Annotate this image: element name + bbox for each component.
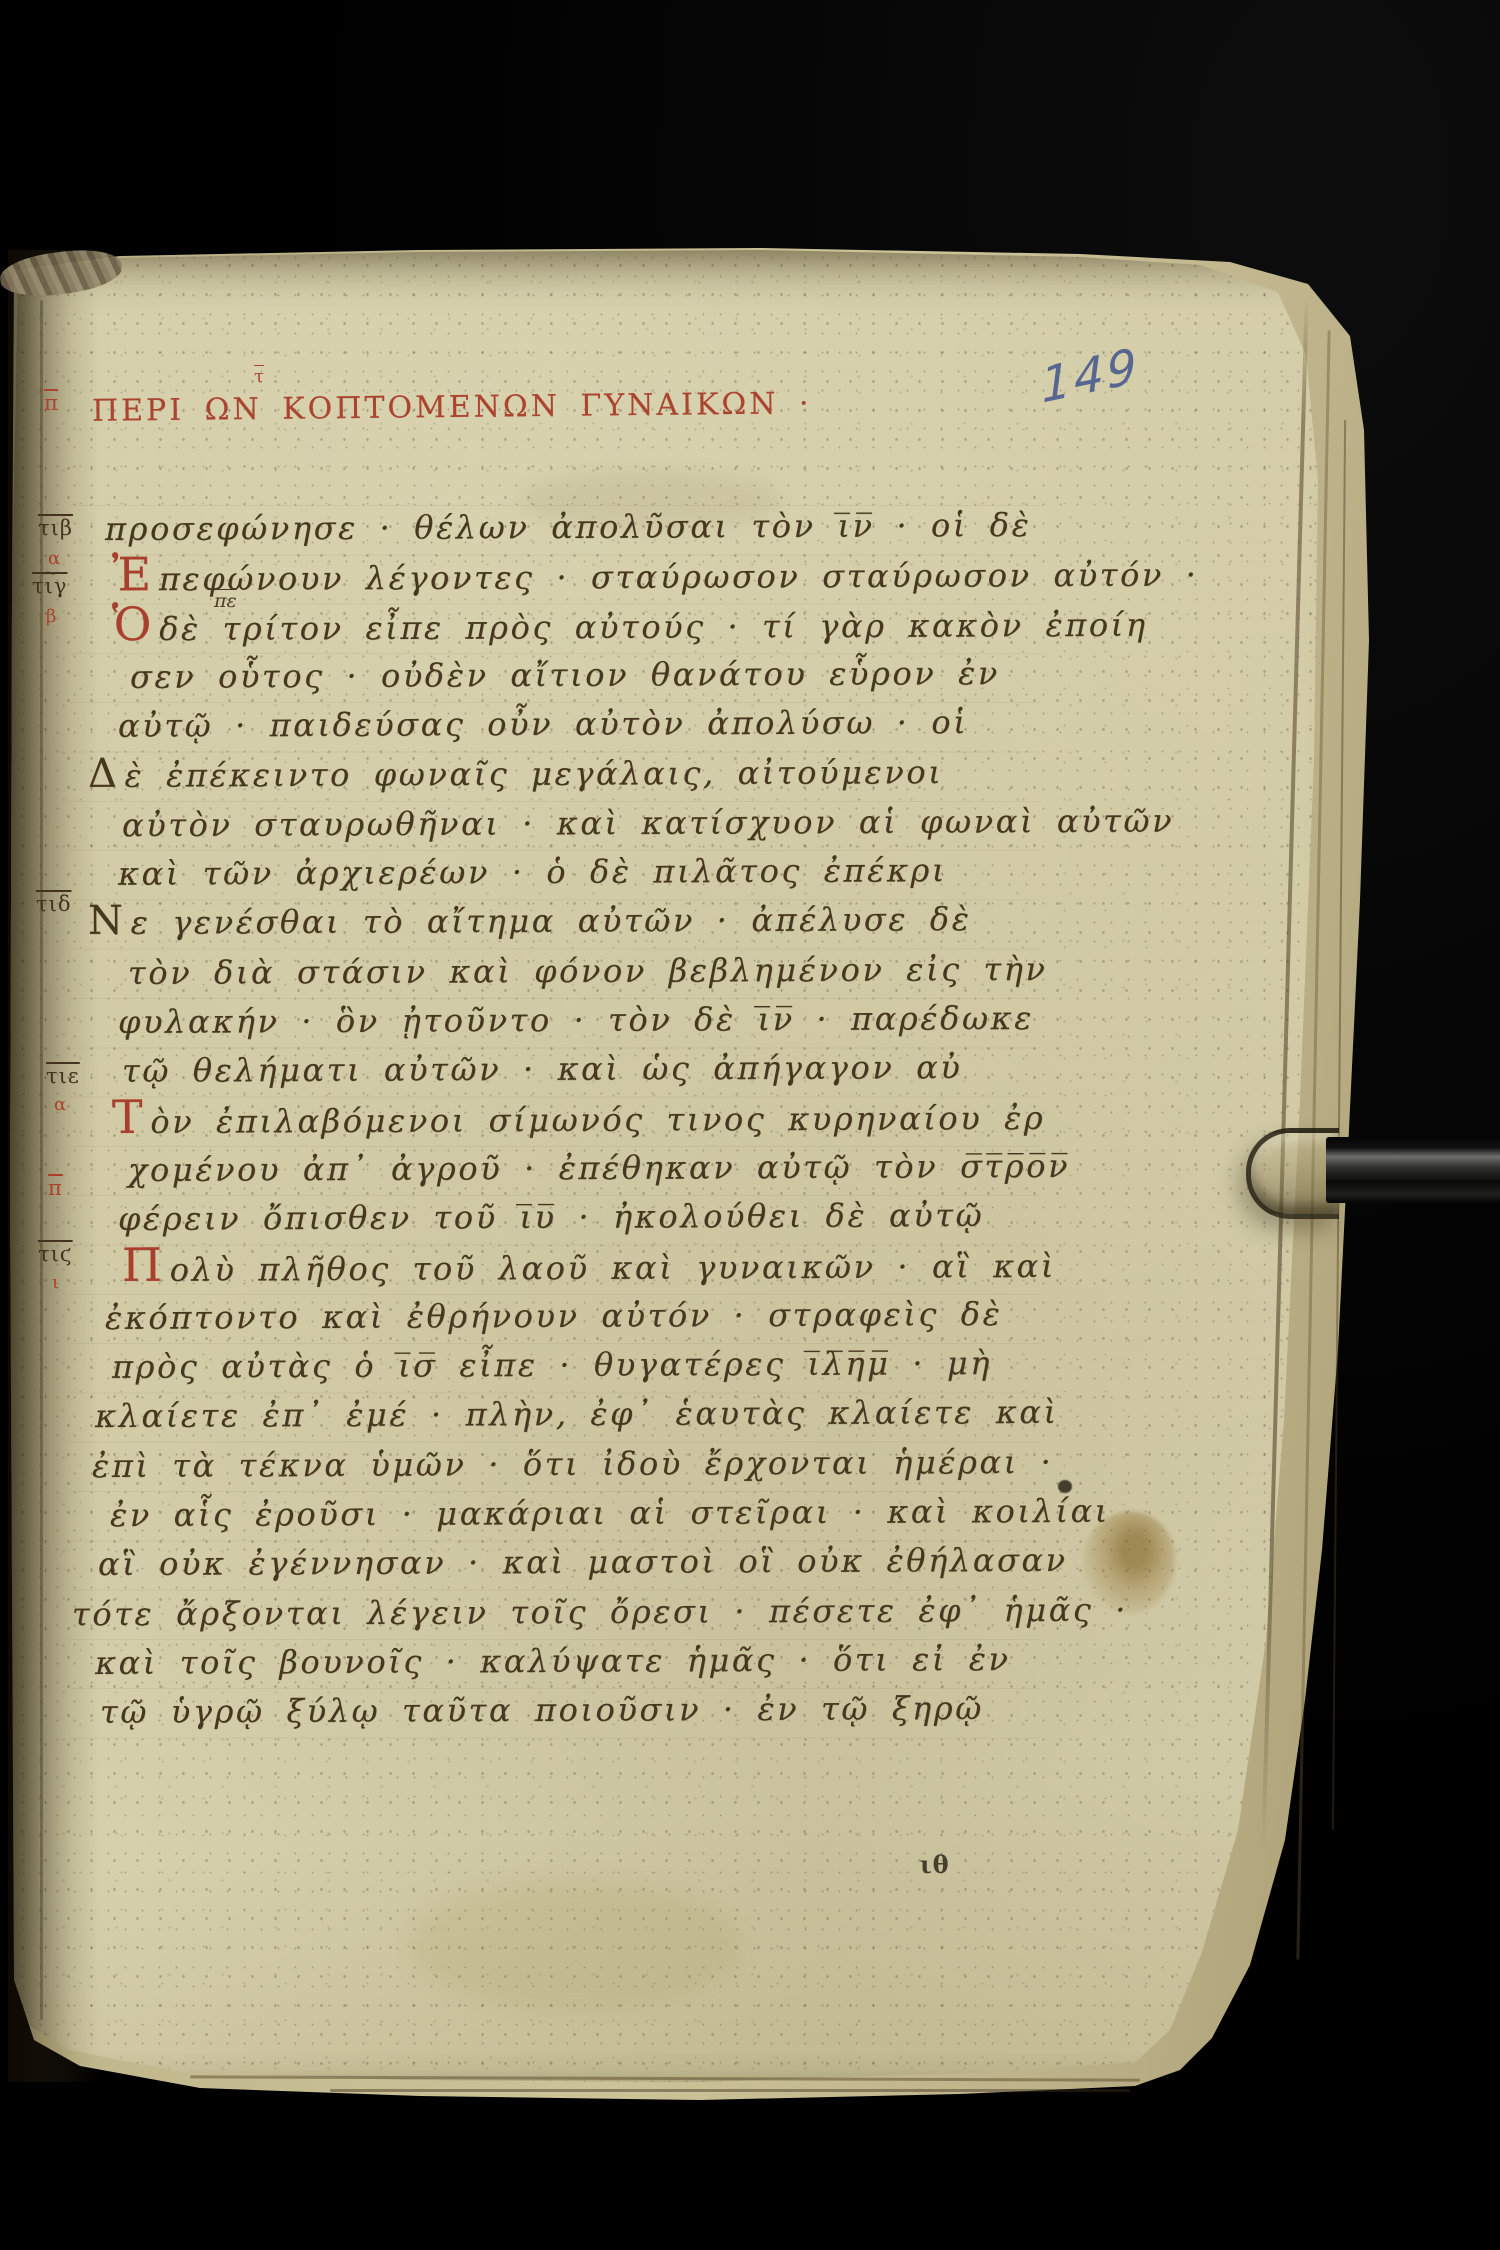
line-text: αὐτῷ · παιδεύσας οὖν αὐτὸν ἀπολύσω · οἱ <box>118 703 968 745</box>
margin-section-number: τιδ <box>36 892 72 916</box>
red-initial: Ὁ <box>112 597 154 651</box>
margin-canon-number: ι <box>52 1272 59 1293</box>
margin-canon-number: α <box>54 1094 66 1115</box>
margin-section-number: τιγ <box>32 574 67 598</box>
line-text: φέρειν ὄπισθεν τοῦ ι̅υ̅ · ἠκολούθει δὲ α… <box>118 1196 984 1238</box>
line-text: ἐν αἷς ἐροῦσι · μακάριαι αἱ στεῖραι · κα… <box>110 1492 1110 1534</box>
text-line: Νε γενέσθαι τὸ αἴτημα αὐτῶν · ἀπέλυσε δὲ <box>88 900 972 942</box>
enlarged-initial: Δ <box>88 750 120 796</box>
text-line: αἳ οὐκ ἐγέννησαν · καὶ μαστοὶ οἳ οὐκ ἐθή… <box>98 1541 1068 1583</box>
text-line: αὐτῷ · παιδεύσας οὖν αὐτὸν ἀπολύσω · οἱ <box>118 703 968 745</box>
enlarged-initial: Ν <box>88 898 126 944</box>
text-line: χομένου ἀπ᾽ ἀγροῦ · ἐπέθηκαν αὐτῷ τὸν σ̅… <box>128 1147 1070 1189</box>
text-line: Ὁδὲ τρίτον εἶπε πρὸς αὐτούς · τί γὰρ κακ… <box>112 604 1148 648</box>
text-line: ἐκόπτοντο καὶ ἐθρήνουν αὐτόν · στραφεὶς … <box>105 1295 1003 1337</box>
text-line: Πολὺ πλῆθος τοῦ λαοῦ καὶ γυναικῶν · αἳ κ… <box>122 1245 1056 1288</box>
text-line: Ἐπεφώνουν λέγοντες · σταύρωσον σταύρωσον… <box>112 555 1199 599</box>
glass-rod <box>1326 1137 1500 1203</box>
line-text: κλαίετε ἐπ᾽ ἐμέ · πλὴν, ἐφ᾽ ἑαυτὰς κλαίε… <box>95 1393 1059 1435</box>
quire-mark: ιθ <box>920 1850 950 1879</box>
line-text: καὶ τοῖς βουνοῖς · καλύψατε ἡμᾶς · ὅτι ε… <box>95 1640 1011 1682</box>
text-line: τότε ἄρξονται λέγειν τοῖς ὄρεσι · πέσετε… <box>72 1590 1128 1633</box>
text-line: τῷ ὑγρῷ ξύλῳ ταῦτα ποιοῦσιν · ἐν τῷ ξηρῷ <box>100 1689 984 1731</box>
red-initial: Π <box>122 1237 165 1291</box>
line-text: τῷ θελήματι αὐτῶν · καὶ ὡς ἀπήγαγον αὐ <box>122 1048 963 1090</box>
margin-section-number: π <box>48 1176 63 1200</box>
text-line: ἐπὶ τὰ τέκνα ὑμῶν · ὅτι ἰδοὺ ἔρχονται ἡμ… <box>92 1443 1054 1485</box>
line-text: ὸν ἐπιλαβόμενοι σίμωνός τινος κυρηναίου … <box>150 1099 1045 1141</box>
text-line: καὶ τῶν ἀρχιερέων · ὁ δὲ πιλᾶτος ἐπέκρι <box>118 851 947 893</box>
text-line: κλαίετε ἐπ᾽ ἐμέ · πλὴν, ἐφ᾽ ἑαυτὰς κλαίε… <box>95 1393 1059 1435</box>
manuscript-photograph: 149 π ΠΕΡΙ ΩΝ ΚΟΠΤΟΜΕΝΩΝ ΓΥΝΑΙΚΩΝ · τ πε… <box>0 0 1500 2250</box>
line-text: αἳ οὐκ ἐγέννησαν · καὶ μαστοὶ οἳ οὐκ ἐθή… <box>98 1541 1068 1583</box>
soft-stain <box>410 1880 740 2010</box>
line-text: χομένου ἀπ᾽ ἀγροῦ · ἐπέθηκαν αὐτῷ τὸν σ̅… <box>128 1147 1070 1189</box>
bottom-edge-line <box>330 2089 1130 2092</box>
text-line: τῷ θελήματι αὐτῶν · καὶ ὡς ἀπήγαγον αὐ <box>122 1048 963 1090</box>
line-text: τὸν διὰ στάσιν καὶ φόνον βεβλημένον εἰς … <box>128 950 1048 992</box>
line-text: ἐπὶ τὰ τέκνα ὑμῶν · ὅτι ἰδοὺ ἔρχονται ἡμ… <box>92 1443 1054 1485</box>
text-line: τὸν διὰ στάσιν καὶ φόνον βεβλημένον εἰς … <box>128 950 1048 992</box>
rubric-margin-mark: π <box>44 391 58 415</box>
rubric-superscript: τ <box>254 366 264 387</box>
margin-section-number: τιε <box>46 1064 80 1088</box>
line-text: ολὺ πλῆθος τοῦ λαοῦ καὶ γυναικῶν · αἳ κα… <box>170 1246 1056 1288</box>
text-line: πρὸς αὐτὰς ὁ ι̅σ̅ εἶπε · θυγατέρες ι̅λ̅η… <box>112 1344 992 1386</box>
text-line: φέρειν ὄπισθεν τοῦ ι̅υ̅ · ἠκολούθει δὲ α… <box>118 1196 984 1238</box>
line-text: τότε ἄρξονται λέγειν τοῖς ὄρεσι · πέσετε… <box>72 1590 1128 1633</box>
text-line: προσεφώνησε · θέλων ἀπολῦσαι τὸν ι̅ν̅ · … <box>105 506 1032 548</box>
line-text: σεν οὗτος · οὐδὲν αἴτιον θανάτου εὗρον ἐ… <box>130 654 1000 696</box>
red-initial: Τ <box>112 1089 146 1143</box>
text-line: καὶ τοῖς βουνοῖς · καλύψατε ἡμᾶς · ὅτι ε… <box>95 1640 1011 1682</box>
line-text: πρὸς αὐτὰς ὁ ι̅σ̅ εἶπε · θυγατέρες ι̅λ̅η… <box>112 1344 992 1386</box>
line-text: ἐκόπτοντο καὶ ἐθρήνουν αὐτόν · στραφεὶς … <box>105 1295 1003 1337</box>
text-line: Δὲ ἐπέκειντο φωναῖς μεγάλαις, αἰτούμενοι <box>88 753 944 795</box>
text-line: φυλακήν · ὃν ᾐτοῦντο · τὸν δὲ ι̅ν̅ · παρ… <box>118 999 1034 1041</box>
line-text: ὲ ἐπέκειντο φωναῖς μεγάλαις, αἰτούμενοι <box>124 753 943 795</box>
line-text: τῷ ὑγρῷ ξύλῳ ταῦτα ποιοῦσιν · ἐν τῷ ξηρῷ <box>100 1689 984 1731</box>
margin-section-number: τιβ <box>38 516 73 540</box>
line-text: πεφώνουν λέγοντες · σταύρωσον σταύρωσον … <box>159 556 1199 599</box>
text-line: ἐν αἷς ἐροῦσι · μακάριαι αἱ στεῖραι · κα… <box>110 1492 1110 1534</box>
line-text: αὐτὸν σταυρωθῆναι · καὶ κατίσχυον αἱ φων… <box>122 802 1174 845</box>
line-text: καὶ τῶν ἀρχιερέων · ὁ δὲ πιλᾶτος ἐπέκρι <box>118 851 947 893</box>
binding-crease <box>40 300 43 2020</box>
red-initial: Ἐ <box>112 547 154 601</box>
text-line: Τὸν ἐπιλαβόμενοι σίμωνός τινος κυρηναίου… <box>112 1098 1045 1141</box>
line-text: φυλακήν · ὃν ᾐτοῦντο · τὸν δὲ ι̅ν̅ · παρ… <box>118 999 1034 1041</box>
margin-canon-number: β <box>46 606 56 627</box>
text-line: αὐτὸν σταυρωθῆναι · καὶ κατίσχυον αἱ φων… <box>122 802 1174 845</box>
text-line: σεν οὗτος · οὐδὲν αἴτιον θανάτου εὗρον ἐ… <box>130 654 1000 696</box>
margin-section-number: τιϛ <box>38 1242 73 1266</box>
line-text: προσεφώνησε · θέλων ἀπολῦσαι τὸν ι̅ν̅ · … <box>105 506 1032 548</box>
line-text: ε γενέσθαι τὸ αἴτημα αὐτῶν · ἀπέλυσε δὲ <box>131 900 972 942</box>
line-text: δὲ τρίτον εἶπε πρὸς αὐτούς · τί γὰρ κακὸ… <box>159 605 1148 647</box>
